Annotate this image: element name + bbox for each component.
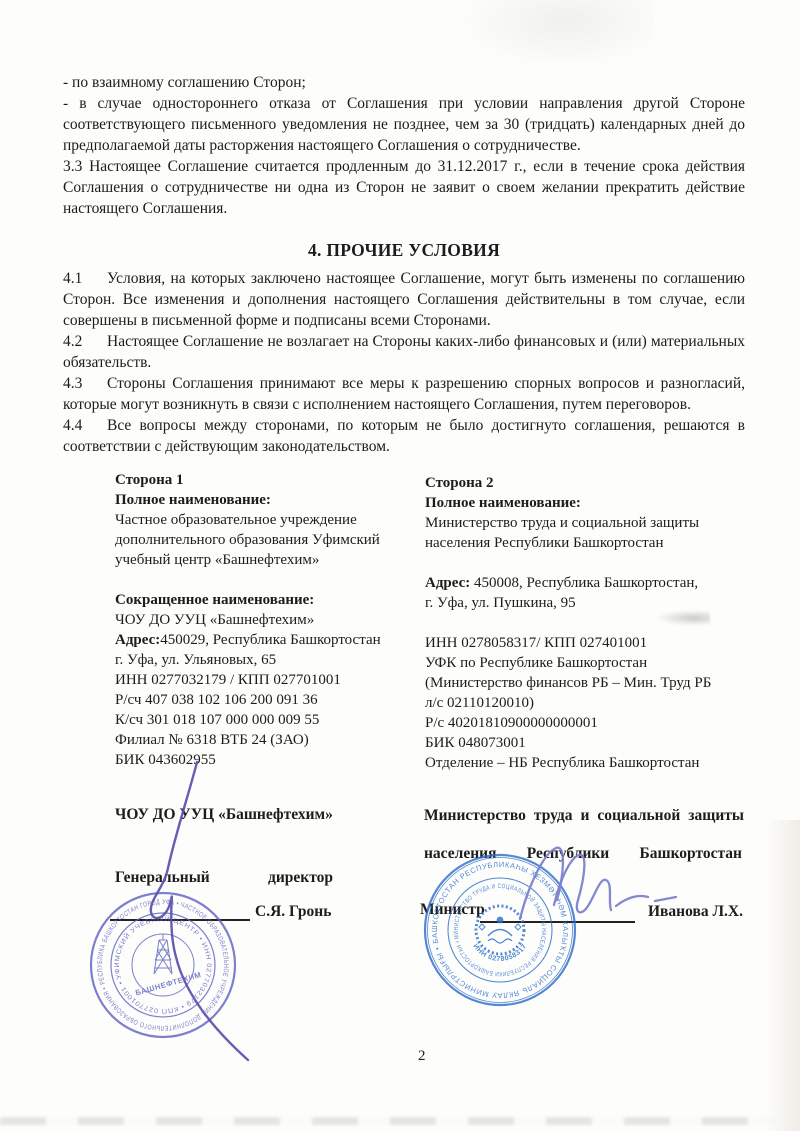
company-round-stamp-icon: РЕСПУБЛИКА БАШКОРТОСТАН ГОРОД УФА • ЧАСТ… — [88, 890, 238, 1040]
party2-nb-branch: Отделение – НБ Республика Башкортостан — [425, 753, 747, 773]
party1-fullname-label: Полное наименование: — [115, 490, 419, 510]
address-label: Адрес: — [115, 632, 160, 648]
clause-number: 4.2 — [63, 331, 107, 352]
party2-title: Сторона 2 — [425, 473, 747, 493]
clause-4-2: 4.2Настоящее Соглашение не возлагает на … — [63, 331, 745, 373]
coat-of-arms-emblem-icon — [476, 906, 524, 954]
address-value: 450029, Республика Башкортостан — [160, 632, 380, 648]
party1-shortname: ЧОУ ДО УУЦ «Башнефтехим» — [115, 610, 419, 630]
party1-shortname-label: Сокращенное наименование: — [115, 590, 419, 610]
clause-text: Все вопросы между сторонами, по которым … — [63, 417, 745, 455]
party1-signatory-position: Генеральный директор — [115, 868, 333, 887]
party1-fullname: Частное образовательное учреждение допол… — [115, 510, 419, 570]
clause-text: Стороны Соглашения принимают все меры к … — [63, 375, 745, 413]
clause-4-1: 4.1Условия, на которых заключено настоящ… — [63, 268, 745, 331]
party2-fullname-line1: Министерство труда и социальной защиты — [425, 513, 747, 533]
scan-smudge — [655, 610, 710, 626]
party1-bank-branch: Филиал № 6318 ВТБ 24 (ЗАО) — [115, 730, 419, 750]
party2-inn-kpp: ИНН 0278058317/ КПП 027401001 — [425, 633, 747, 653]
party2-minfin-line2: л/с 02110120010) — [425, 693, 747, 713]
address-value: 450008, Республика Башкортостан, — [474, 575, 698, 591]
party1-title: Сторона 1 — [115, 470, 419, 490]
party2-signatory-name: Иванова Л.Х. — [648, 902, 743, 921]
party1-signature-org: ЧОУ ДО УУЦ «Башнефтехим» — [115, 805, 333, 824]
scan-edge-shadow — [766, 820, 800, 1131]
party2-fullname-line2: населения Республики Башкортостан — [425, 533, 747, 553]
party1-settlement-account: Р/сч 407 038 102 106 200 091 36 — [115, 690, 419, 710]
party2-settlement-account: Р/с 40201810900000000001 — [425, 713, 747, 733]
page-number: 2 — [418, 1048, 426, 1065]
clause-number: 4.4 — [63, 415, 107, 436]
clause-text: Настоящее Соглашение не возлагает на Сто… — [63, 333, 745, 371]
clause-number: 4.1 — [63, 268, 107, 289]
address-label: Адрес: — [425, 575, 470, 591]
party1-bik: БИК 043602955 — [115, 750, 419, 770]
ministry-round-stamp-icon: БАШКОРТОСТАН РЕСПУБЛИКАҺЫ ХЕЗМӘТ ҺӘМ ХАЛ… — [422, 852, 578, 1008]
section4-clauses: 4.1Условия, на которых заключено настоящ… — [63, 268, 745, 457]
party1-signatory-name: С.Я. Гронь — [255, 902, 331, 921]
party1-inn-kpp: ИНН 0277032179 / КПП 027701001 — [115, 670, 419, 690]
section4-heading: 4. ПРОЧИЕ УСЛОВИЯ — [63, 240, 745, 261]
scan-edge-artifact — [0, 1117, 775, 1125]
party2-minfin-line1: (Министерство финансов РБ – Мин. Труд РБ — [425, 673, 747, 693]
party2-address: Адрес: 450008, Республика Башкортостан, — [425, 573, 747, 593]
scan-smudge — [455, 0, 655, 70]
derrick-emblem-icon — [154, 934, 172, 974]
clause-3-3: 3.3 Настоящее Соглашение считается продл… — [63, 156, 745, 219]
section3-termination-block: - по взаимному соглашению Сторон; - в сл… — [63, 72, 745, 219]
clause-4-4: 4.4Все вопросы между сторонами, по котор… — [63, 415, 745, 457]
scanned-agreement-page: - по взаимному соглашению Сторон; - в сл… — [0, 0, 800, 1131]
party2-ufk: УФК по Республике Башкортостан — [425, 653, 747, 673]
party1-corr-account: К/сч 301 018 107 000 000 009 55 — [115, 710, 419, 730]
termination-item-unilateral: - в случае одностороннего отказа от Согл… — [63, 93, 745, 156]
party1-address: Адрес:450029, Республика Башкортостан — [115, 630, 419, 650]
termination-item-mutual: - по взаимному соглашению Сторон; — [63, 72, 745, 93]
party2-fullname-label: Полное наименование: — [425, 493, 747, 513]
clause-4-3: 4.3Стороны Соглашения принимают все меры… — [63, 373, 745, 415]
party2-bik: БИК 048073001 — [425, 733, 747, 753]
party1-details: Сторона 1 Полное наименование: Частное о… — [115, 470, 419, 770]
clause-number: 4.3 — [63, 373, 107, 394]
party1-address2: г. Уфа, ул. Ульяновых, 65 — [115, 650, 419, 670]
party2-signature-org-line1: Министерство труда и социальной защиты — [424, 806, 744, 825]
stamp-center-text: БАШНЕФТЕХИМ — [134, 970, 202, 997]
clause-text: Условия, на которых заключено настоящее … — [63, 270, 745, 329]
